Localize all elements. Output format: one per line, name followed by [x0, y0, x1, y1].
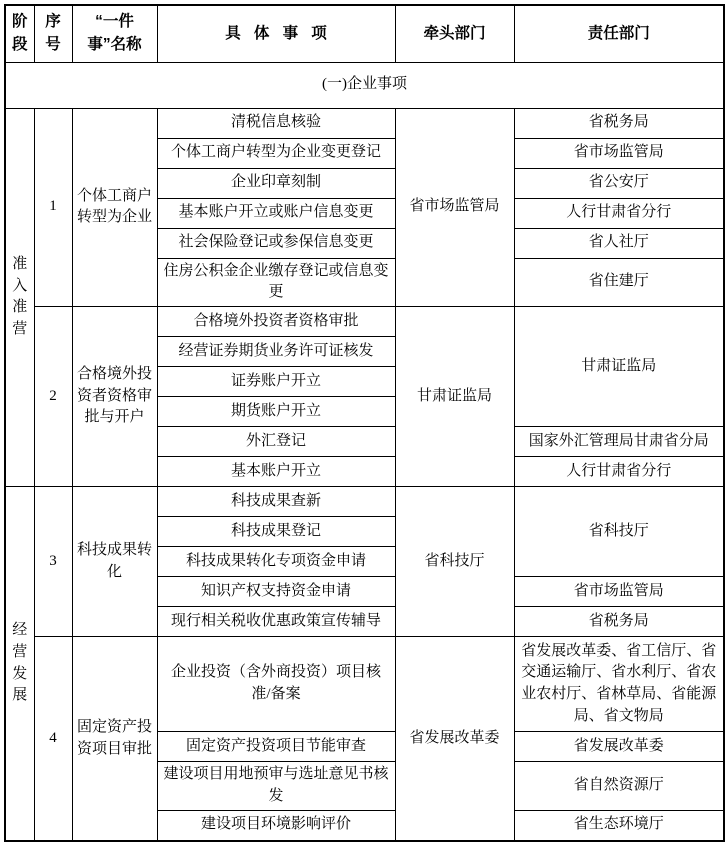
resp-dept-cell: 人行甘肃省分行 [514, 198, 724, 228]
header-no: 序号 [34, 5, 72, 62]
resp-dept-cell: 省科技厅 [514, 487, 724, 577]
task-cell: 科技成果转化专项资金申请 [157, 547, 395, 577]
header-dept: 责任部门 [514, 5, 724, 62]
one-thing-items-table: 阶段 序号 “一件事”名称 具体事项 牵头部门 责任部门 (一)企业事项 准入准… [4, 4, 725, 842]
resp-dept-cell: 省市场监管局 [514, 138, 724, 168]
group-row: (一)企业事项 [5, 62, 724, 108]
resp-dept-cell: 省发展改革委、省工信厅、省交通运输厅、省水利厅、省农业农村厅、省林草局、省能源局… [514, 637, 724, 732]
header-stage: 阶段 [5, 5, 34, 62]
task-cell: 建设项目环境影响评价 [157, 810, 395, 841]
task-cell: 企业印章刻制 [157, 168, 395, 198]
task-cell: 知识产权支持资金申请 [157, 577, 395, 607]
task-cell: 合格境外投资者资格审批 [157, 307, 395, 337]
table-row: 2 合格境外投资者资格审批与开户 合格境外投资者资格审批 甘肃证监局 甘肃证监局 [5, 307, 724, 337]
resp-dept-cell: 省人社厅 [514, 228, 724, 258]
task-cell: 固定资产投资项目节能审查 [157, 732, 395, 762]
task-cell: 证券账户开立 [157, 367, 395, 397]
resp-dept-cell: 省发展改革委 [514, 732, 724, 762]
section-name: 科技成果转化 [72, 487, 157, 637]
lead-dept-cell: 省科技厅 [395, 487, 514, 637]
table-header-row: 阶段 序号 “一件事”名称 具体事项 牵头部门 责任部门 [5, 5, 724, 62]
task-cell: 建设项目用地预审与选址意见书核发 [157, 762, 395, 811]
section-name: 固定资产投资项目审批 [72, 637, 157, 842]
document-page: 阶段 序号 “一件事”名称 具体事项 牵头部门 责任部门 (一)企业事项 准入准… [0, 0, 727, 846]
stage-cell-development: 经营发展 [5, 487, 34, 842]
resp-dept-cell: 人行甘肃省分行 [514, 457, 724, 487]
header-name: “一件事”名称 [72, 5, 157, 62]
resp-dept-cell: 省自然资源厅 [514, 762, 724, 811]
task-cell: 基本账户开立或账户信息变更 [157, 198, 395, 228]
task-cell: 个体工商户转型为企业变更登记 [157, 138, 395, 168]
resp-dept-cell: 省税务局 [514, 108, 724, 138]
lead-dept-cell: 省发展改革委 [395, 637, 514, 842]
header-lead: 牵头部门 [395, 5, 514, 62]
resp-dept-cell: 省生态环境厅 [514, 810, 724, 841]
section-no: 3 [34, 487, 72, 637]
section-no: 1 [34, 108, 72, 307]
section-no: 2 [34, 307, 72, 487]
section-name: 合格境外投资者资格审批与开户 [72, 307, 157, 487]
task-cell: 基本账户开立 [157, 457, 395, 487]
resp-dept-cell: 省住建厅 [514, 258, 724, 307]
task-cell: 住房公积金企业缴存登记或信息变更 [157, 258, 395, 307]
resp-dept-cell: 省公安厅 [514, 168, 724, 198]
table-row: 准入准营 1 个体工商户转型为企业 清税信息核验 省市场监管局 省税务局 [5, 108, 724, 138]
resp-dept-cell: 省税务局 [514, 607, 724, 637]
task-cell: 清税信息核验 [157, 108, 395, 138]
lead-dept-cell: 省市场监管局 [395, 108, 514, 307]
resp-dept-cell: 省市场监管局 [514, 577, 724, 607]
task-cell: 科技成果登记 [157, 517, 395, 547]
lead-dept-cell: 甘肃证监局 [395, 307, 514, 487]
section-name: 个体工商户转型为企业 [72, 108, 157, 307]
stage-cell-access: 准入准营 [5, 108, 34, 487]
table-row: 4 固定资产投资项目审批 企业投资（含外商投资）项目核准/备案 省发展改革委 省… [5, 637, 724, 732]
task-cell: 科技成果查新 [157, 487, 395, 517]
task-cell: 期货账户开立 [157, 397, 395, 427]
table-row: 经营发展 3 科技成果转化 科技成果查新 省科技厅 省科技厅 [5, 487, 724, 517]
section-no: 4 [34, 637, 72, 842]
group-label: (一)企业事项 [5, 62, 724, 108]
task-cell: 社会保险登记或参保信息变更 [157, 228, 395, 258]
resp-dept-cell: 甘肃证监局 [514, 307, 724, 427]
task-cell: 外汇登记 [157, 427, 395, 457]
task-cell: 企业投资（含外商投资）项目核准/备案 [157, 637, 395, 732]
resp-dept-cell: 国家外汇管理局甘肃省分局 [514, 427, 724, 457]
task-cell: 经营证券期货业务许可证核发 [157, 337, 395, 367]
task-cell: 现行相关税收优惠政策宣传辅导 [157, 607, 395, 637]
header-tasks: 具体事项 [157, 5, 395, 62]
